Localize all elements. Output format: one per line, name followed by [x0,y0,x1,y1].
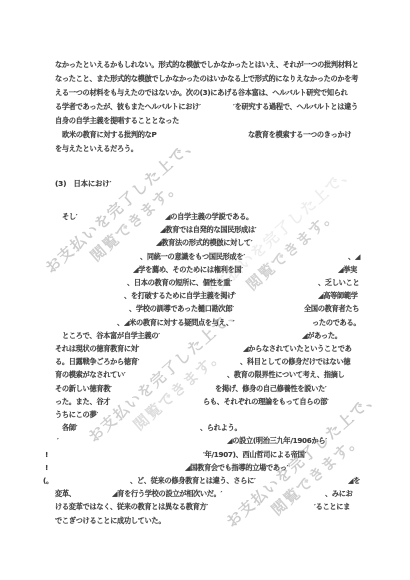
text-fragment: ◢国教育会でも指導的立場であっ′ [185,463,288,473]
text-fragment: (。 [43,476,53,486]
text-fragment: ◢の設立(明治三九年/1906から′ [227,436,327,446]
text-fragment: 、みにお [325,489,353,499]
text-fragment: ◢を [348,476,360,486]
text-fragment: 変革、 [55,489,76,499]
text-fragment: ったのである。 [312,318,360,328]
text-fragment: その新しい徳育教′ [55,384,112,394]
text-fragment: 、◢ [348,252,360,262]
text-fragment: そし′ [62,212,77,222]
text-fragment: ′年/1907)、西山哲司による帝国′ [203,450,306,460]
text-fragment: る学者であったが、彼もまたヘルバルトにおけ′ [55,102,201,112]
text-fragment: ◢教育では自発的な国民形成は′ [160,225,256,235]
text-fragment: ′ることにま [314,502,350,512]
text-fragment: ◢の自学主義の学説である。 [165,212,253,222]
text-fragment: を掲げ、修身の自己修養性を説いた′ [215,384,327,394]
text-fragment: なったこと、また形式的な模倣でしかなかったのはいかなる上で形式的になりえなかった… [55,74,358,84]
text-fragment: 各師′ [62,423,77,433]
text-fragment: 、科目としての修身だけではない徳 [240,357,350,367]
text-fragment: ◢高等師範学 [318,291,358,301]
text-fragment: ! [45,463,48,473]
text-fragment: 、を打破するために自学主義を掲げ′ [124,291,236,301]
text-fragment: ける変革ではなく、従来の教育とは異なる教育方′ [55,502,208,512]
text-fragment: ◢教育法の形式的模倣に対して′ [156,238,252,248]
text-fragment: 、ど、従来の修身教育とは違う、さらに′ [130,476,256,486]
text-fragment: を与えたといえるだろう。 [55,144,138,154]
text-fragment: 自身の自学主義を提唱することとなった [55,116,179,126]
text-fragment: ◢があった。 [302,331,342,341]
text-fragment: なかったといえるかもしれない。形式的な模倣でしかなかったとはいえ、それが一つの批… [55,60,359,70]
text-fragment: ところで、谷本富が自学主義の′ [62,331,160,341]
text-fragment: ′ [57,436,59,446]
watermark-line2: 閲覧できます。 [231,397,402,552]
text-fragment: 育の模索がなされてい′ [55,370,125,380]
text-fragment: らも、それぞれの理論をもって自らの部′ [203,397,329,407]
text-fragment: ◢からなされていたということであ [243,344,352,354]
text-fragment: ! [45,450,48,460]
text-fragment: 全国の教育者たち [304,304,359,314]
text-fragment: 欧米の教育に対する批判的なP [62,130,157,140]
text-fragment: それは現状の徳育教育に対′ [55,344,139,354]
text-fragment: うちにこの夢′ [55,410,98,420]
text-fragment: 、日本の教育の短所に、個性を重′ [127,278,232,288]
text-fragment: える一つの材料をも与えたのではないか。次の(3)にあげる谷本富は、ヘルバルト研究… [55,88,348,98]
section-heading: (3) 日本におけ′ [55,179,111,189]
text-fragment: 、同統一の意識をもつ国民形成を′ [140,252,245,262]
text-fragment: 、学校の訓導であった樋口勘次郎′ [129,304,234,314]
text-fragment: ′を研究する過程で、ヘルバルトとは違う [233,102,358,112]
text-fragment: でこぎつけることに成功していた。 [55,516,165,526]
text-fragment: ◢学を薦め、そのためには権利を国′ [133,265,243,275]
text-fragment: 、◢米の教育に対する疑問点を与え、′ [117,318,234,328]
document-page: お支払いを完了した上で、閲覧できます。お支払いを完了した上で、閲覧できます。お支… [0,0,410,580]
text-fragment: 、教育の限界性について考え、指摘し [227,370,344,380]
text-fragment: 、乏しいこと [318,278,359,288]
text-fragment: る。日露戦争ごろから徳育′ [55,357,139,367]
text-fragment: な教育を模索する一つのきっかけ [248,130,351,140]
text-fragment: った。また、谷才 [55,397,110,407]
text-fragment: ◢挙実 [338,265,357,275]
text-fragment: 、られよう。 [200,423,241,433]
text-fragment: ◢育を行う学校の設立が相次いだ。′ [112,489,222,499]
